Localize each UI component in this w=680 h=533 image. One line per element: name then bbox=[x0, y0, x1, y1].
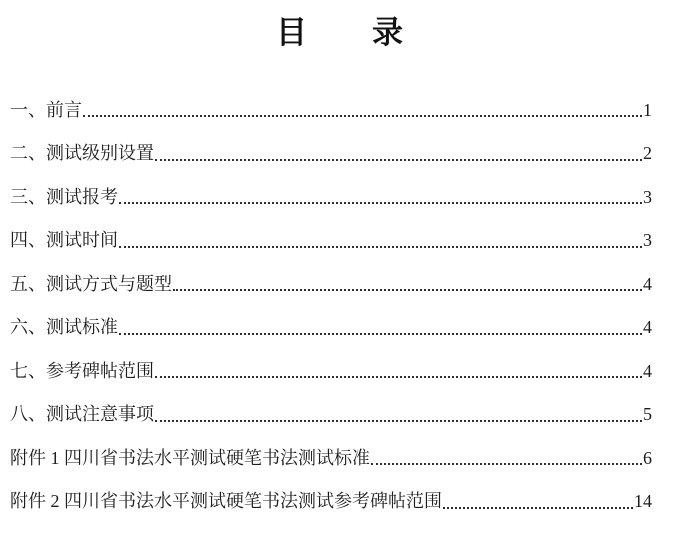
toc-entry-label: 八、测试注意事项 bbox=[10, 405, 154, 423]
toc-entry: 二、测试级别设置 2 bbox=[10, 132, 652, 176]
toc-entry: 五、测试方式与题型 4 bbox=[10, 262, 652, 306]
toc-entry-page: 4 bbox=[643, 318, 652, 336]
toc-entry: 六、测试标准 4 bbox=[10, 306, 652, 350]
toc-entry-label: 附件 1 四川省书法水平测试硬笔书法测试标准 bbox=[10, 449, 370, 467]
toc-entry: 附件 1 四川省书法水平测试硬笔书法测试标准 6 bbox=[10, 436, 652, 480]
toc-entry-label: 五、测试方式与题型 bbox=[10, 275, 172, 293]
toc-entry: 八、测试注意事项 5 bbox=[10, 393, 652, 437]
toc-entry-label: 三、测试报考 bbox=[10, 188, 118, 206]
toc-entry: 附件 2 四川省书法水平测试硬笔书法测试参考碑帖范围 14 bbox=[10, 480, 652, 524]
toc-leader-dots bbox=[119, 189, 642, 204]
page-title: 目 录 bbox=[0, 0, 680, 52]
toc-entry-page: 6 bbox=[643, 449, 652, 467]
toc-entry-label: 一、前言 bbox=[10, 101, 82, 119]
toc-entry-label: 二、测试级别设置 bbox=[10, 144, 154, 162]
toc-leader-dots bbox=[443, 494, 633, 509]
toc-leader-dots bbox=[155, 363, 642, 378]
toc-entry-page: 2 bbox=[643, 144, 652, 162]
toc-leader-dots bbox=[173, 276, 642, 291]
toc-entry-page: 5 bbox=[643, 405, 652, 423]
toc-entry-page: 3 bbox=[643, 231, 652, 249]
toc-leader-dots bbox=[155, 146, 642, 161]
toc-entry-label: 附件 2 四川省书法水平测试硬笔书法测试参考碑帖范围 bbox=[10, 492, 442, 510]
toc-leader-dots bbox=[119, 320, 642, 335]
toc-entry: 三、测试报考 3 bbox=[10, 175, 652, 219]
toc-entry-page: 4 bbox=[643, 362, 652, 380]
toc-entry: 一、前言 1 bbox=[10, 88, 652, 132]
toc-leader-dots bbox=[119, 233, 642, 248]
toc-entry-label: 六、测试标准 bbox=[10, 318, 118, 336]
toc-entry-page: 4 bbox=[643, 275, 652, 293]
toc-entry-label: 四、测试时间 bbox=[10, 231, 118, 249]
toc-entry-label: 七、参考碑帖范围 bbox=[10, 362, 154, 380]
toc-leader-dots bbox=[371, 450, 642, 465]
toc-leader-dots bbox=[155, 407, 642, 422]
toc-list: 一、前言 1 二、测试级别设置 2 三、测试报考 3 四、测试时间 3 五、测试… bbox=[10, 88, 652, 523]
toc-entry-page: 14 bbox=[634, 492, 652, 510]
toc-entry-page: 3 bbox=[643, 188, 652, 206]
toc-entry: 七、参考碑帖范围 4 bbox=[10, 349, 652, 393]
toc-leader-dots bbox=[83, 102, 642, 117]
toc-entry-page: 1 bbox=[643, 101, 652, 119]
toc-entry: 四、测试时间 3 bbox=[10, 219, 652, 263]
document-page: 目 录 一、前言 1 二、测试级别设置 2 三、测试报考 3 四、测试时间 3 … bbox=[0, 0, 680, 533]
